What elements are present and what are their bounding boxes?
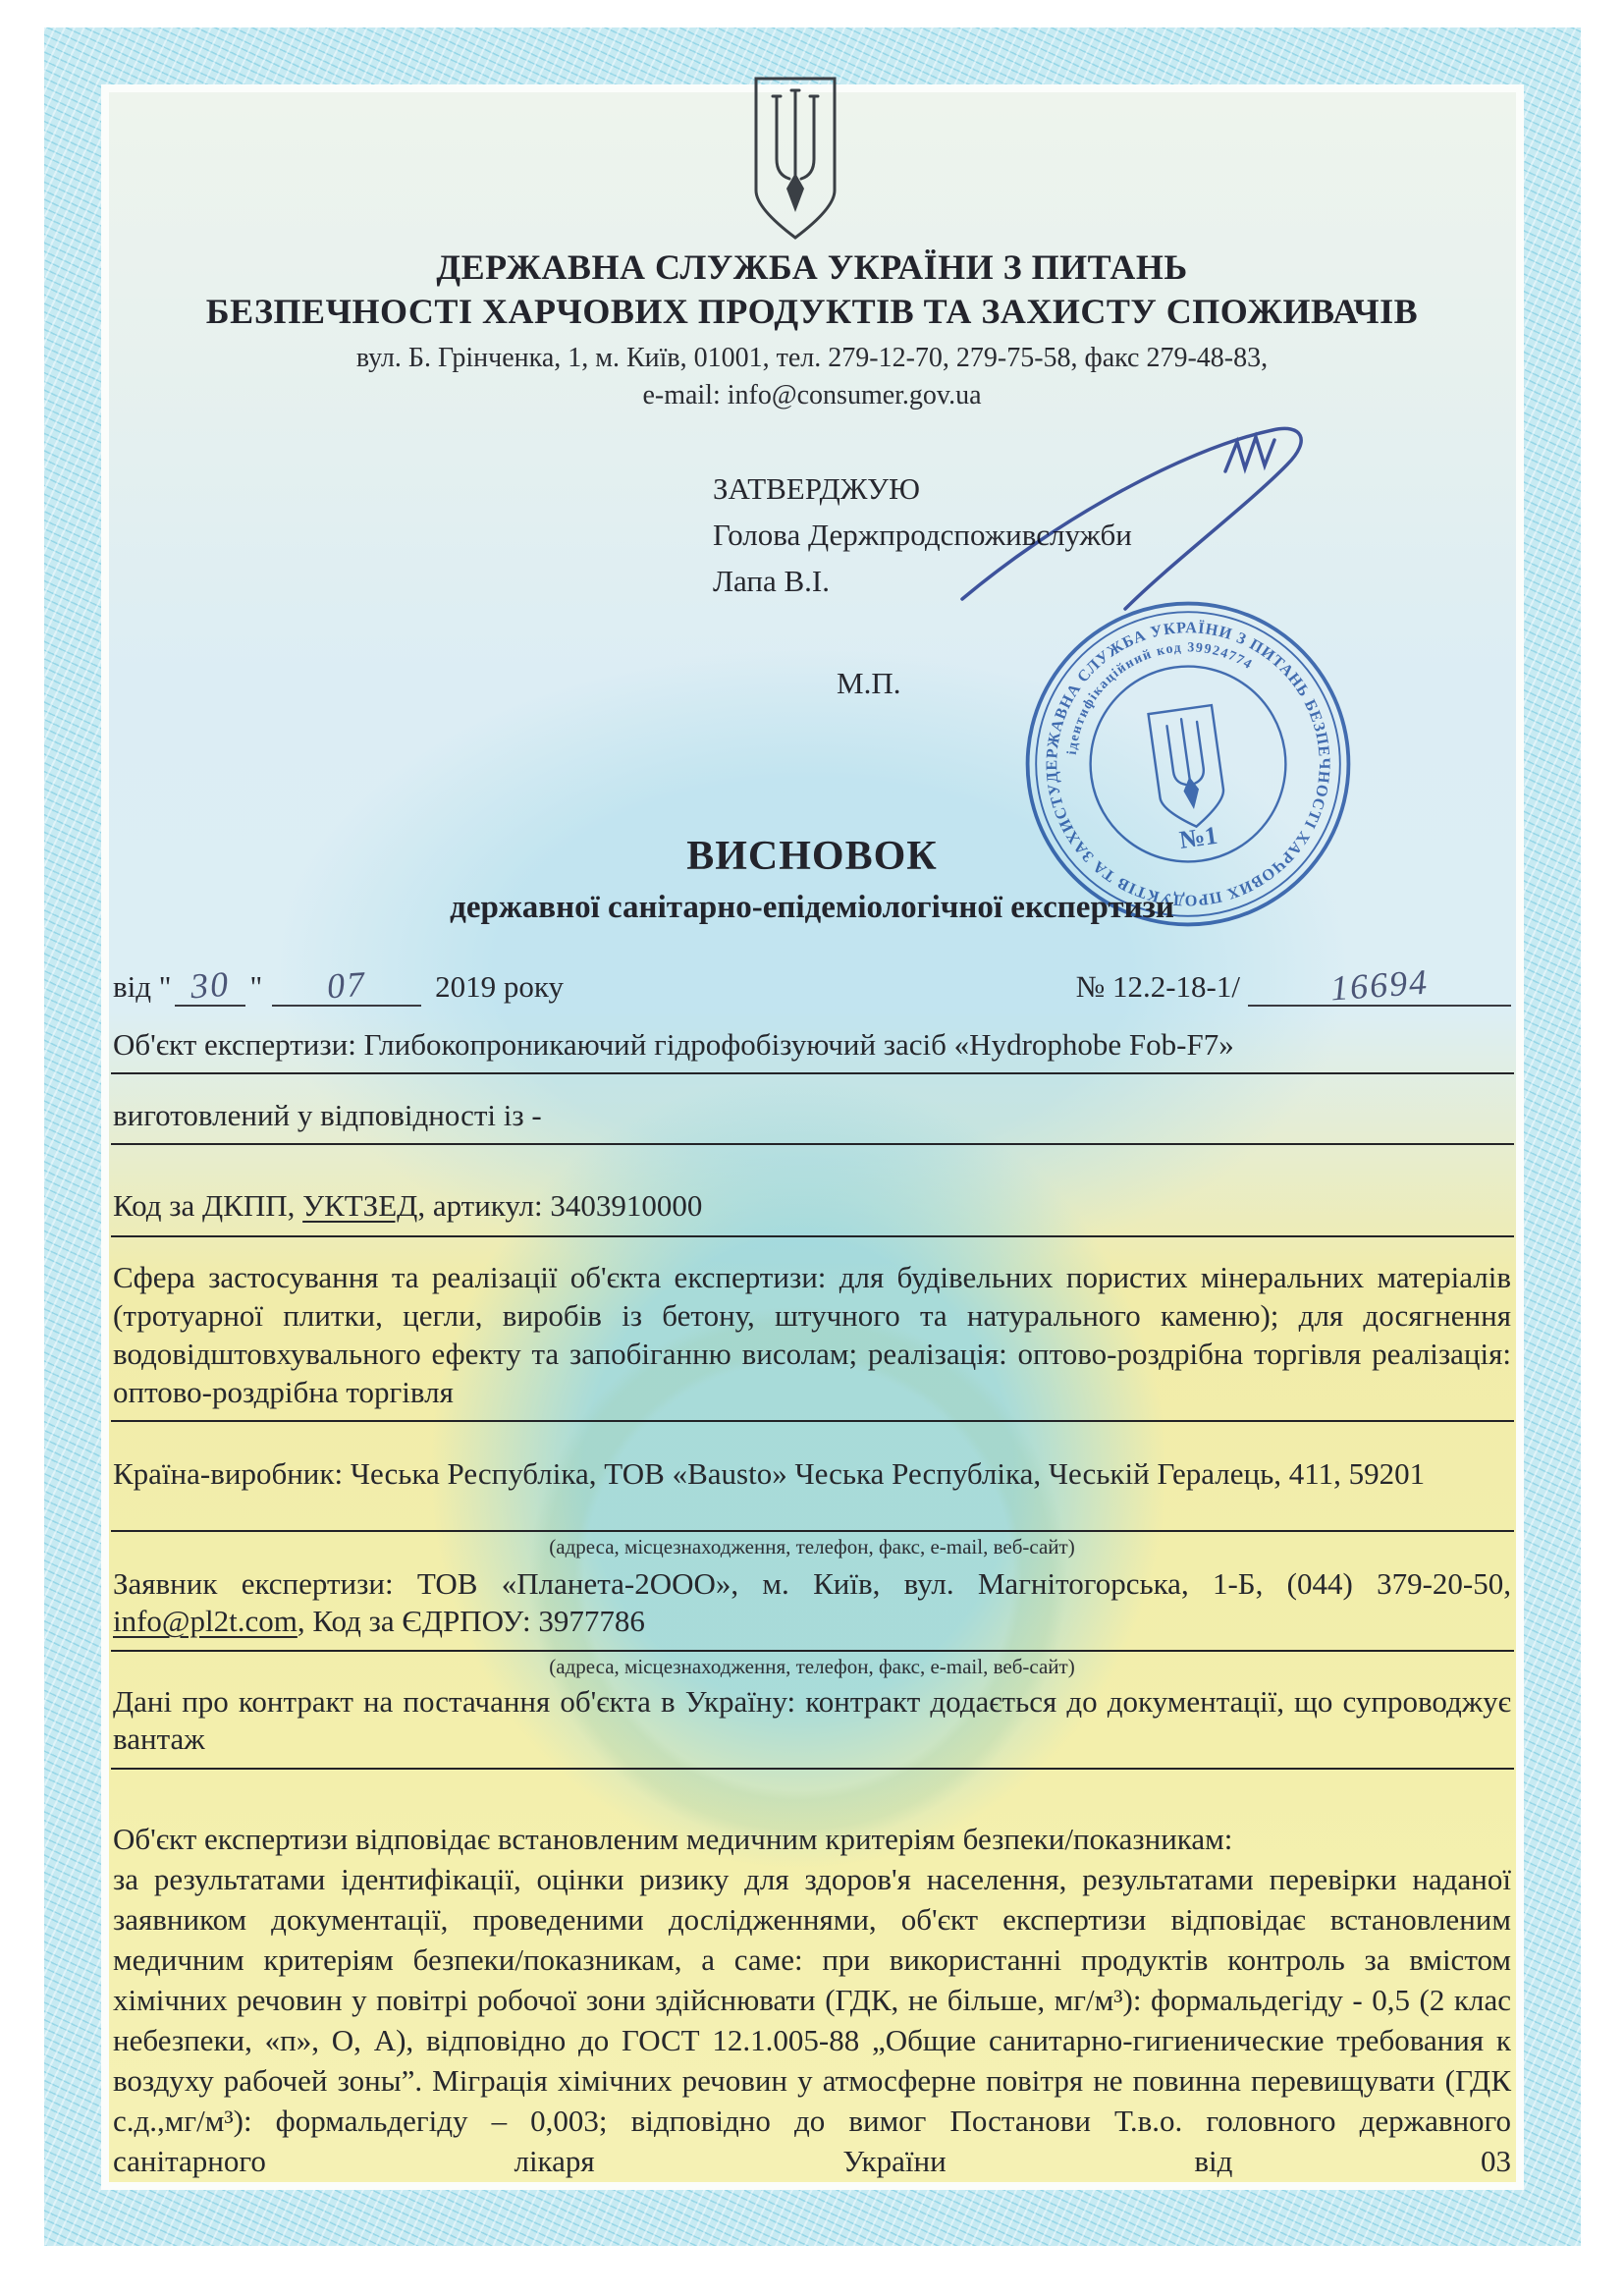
field-expertise-object: Об'єкт експертизи: Глибокопроникаючий гі… (113, 1027, 1511, 1063)
stamp-id-code: ідентифікаційний код 39924774 (1051, 629, 1266, 757)
applicant-part2: , Код за ЄДРПОУ: 3977786 (298, 1604, 645, 1638)
date-year: 2019 року (435, 969, 564, 1004)
handwritten-number: 16694 (1329, 963, 1430, 1008)
number-prefix: № 12.2-18-1/ (1076, 969, 1240, 1004)
applicant-part1: Заявник експертизи: ТОВ «Планета-2ООО», … (113, 1566, 1511, 1601)
field-product-code: Код за ДКПП, УКТЗЕД, артикул: 3403910000 (113, 1188, 1511, 1224)
code-part1: Код за ДКПП, (113, 1188, 302, 1223)
rule-4 (111, 1420, 1514, 1422)
number-group: № 12.2-18-1/16694 (1076, 966, 1511, 1007)
field-made-in-accordance: виготовлений у відповідності із - (113, 1098, 1511, 1133)
address-caption-2: (адреса, місцезнаходження, телефон, факс… (113, 1655, 1511, 1679)
field-producer-country: Країна-виробник: Чеська Республіка, ТОВ … (113, 1455, 1511, 1493)
date-number-row: від "30"072019 року № 12.2-18-1/16694 (113, 966, 1511, 1007)
seal-placeholder: М.П. (837, 666, 900, 701)
address-caption-1: (адреса, місцезнаходження, телефон, факс… (113, 1535, 1511, 1559)
date-prefix: від " (113, 969, 171, 1004)
rule-1 (111, 1072, 1514, 1074)
rule-7 (111, 1768, 1514, 1770)
handwritten-day: 30 (189, 965, 232, 1006)
field-applicant: Заявник експертизи: ТОВ «Планета-2ООО», … (113, 1565, 1511, 1640)
code-uktzed: УКТЗЕД (302, 1188, 417, 1223)
letterhead: ДЕРЖАВНА СЛУЖБА УКРАЇНИ З ПИТАНЬ БЕЗПЕЧН… (113, 246, 1511, 414)
number-slot: 16694 (1248, 966, 1511, 1007)
date-close-quote: " (249, 969, 262, 1004)
rule-6 (111, 1650, 1514, 1652)
applicant-email: info@pl2t.com (113, 1604, 298, 1638)
handwritten-month: 07 (326, 965, 368, 1006)
date-month-slot: 07 (272, 966, 421, 1007)
rule-3 (111, 1235, 1514, 1237)
org-name-line1: ДЕРЖАВНА СЛУЖБА УКРАЇНИ З ПИТАНЬ (113, 246, 1511, 290)
document-subtitle: державної санітарно-епідеміологічної екс… (113, 890, 1511, 926)
rule-2 (111, 1143, 1514, 1145)
org-address: вул. Б. Грінченка, 1, м. Київ, 01001, те… (113, 340, 1511, 377)
field-contract-info: Дані про контракт на постачання об'єкта … (113, 1683, 1511, 1758)
conclusion-block: Об'єкт експертизи відповідає встановлени… (113, 1819, 1511, 2181)
document-title: ВИСНОВОК (113, 833, 1511, 880)
ukraine-trident-emblem (746, 75, 844, 242)
org-name-line2: БЕЗПЕЧНОСТІ ХАРЧОВИХ ПРОДУКТІВ ТА ЗАХИСТ… (113, 290, 1511, 334)
field-application-sphere: Сфера застосування та реалізації об'єкта… (113, 1258, 1511, 1411)
rule-5 (111, 1530, 1514, 1532)
code-part2: , артикул: 3403910000 (417, 1188, 702, 1223)
date-group: від "30"072019 року (113, 966, 564, 1007)
date-day-slot: 30 (175, 966, 245, 1007)
conclusion-body: за результатами ідентифікації, оцінки ри… (113, 1859, 1511, 2181)
certificate-page: ДЕРЖАВНА СЛУЖБА УКРАЇНИ З ПИТАНЬ БЕЗПЕЧН… (0, 0, 1624, 2296)
stamp-trident (1149, 705, 1228, 831)
conclusion-heading: Об'єкт експертизи відповідає встановлени… (113, 1819, 1511, 1859)
